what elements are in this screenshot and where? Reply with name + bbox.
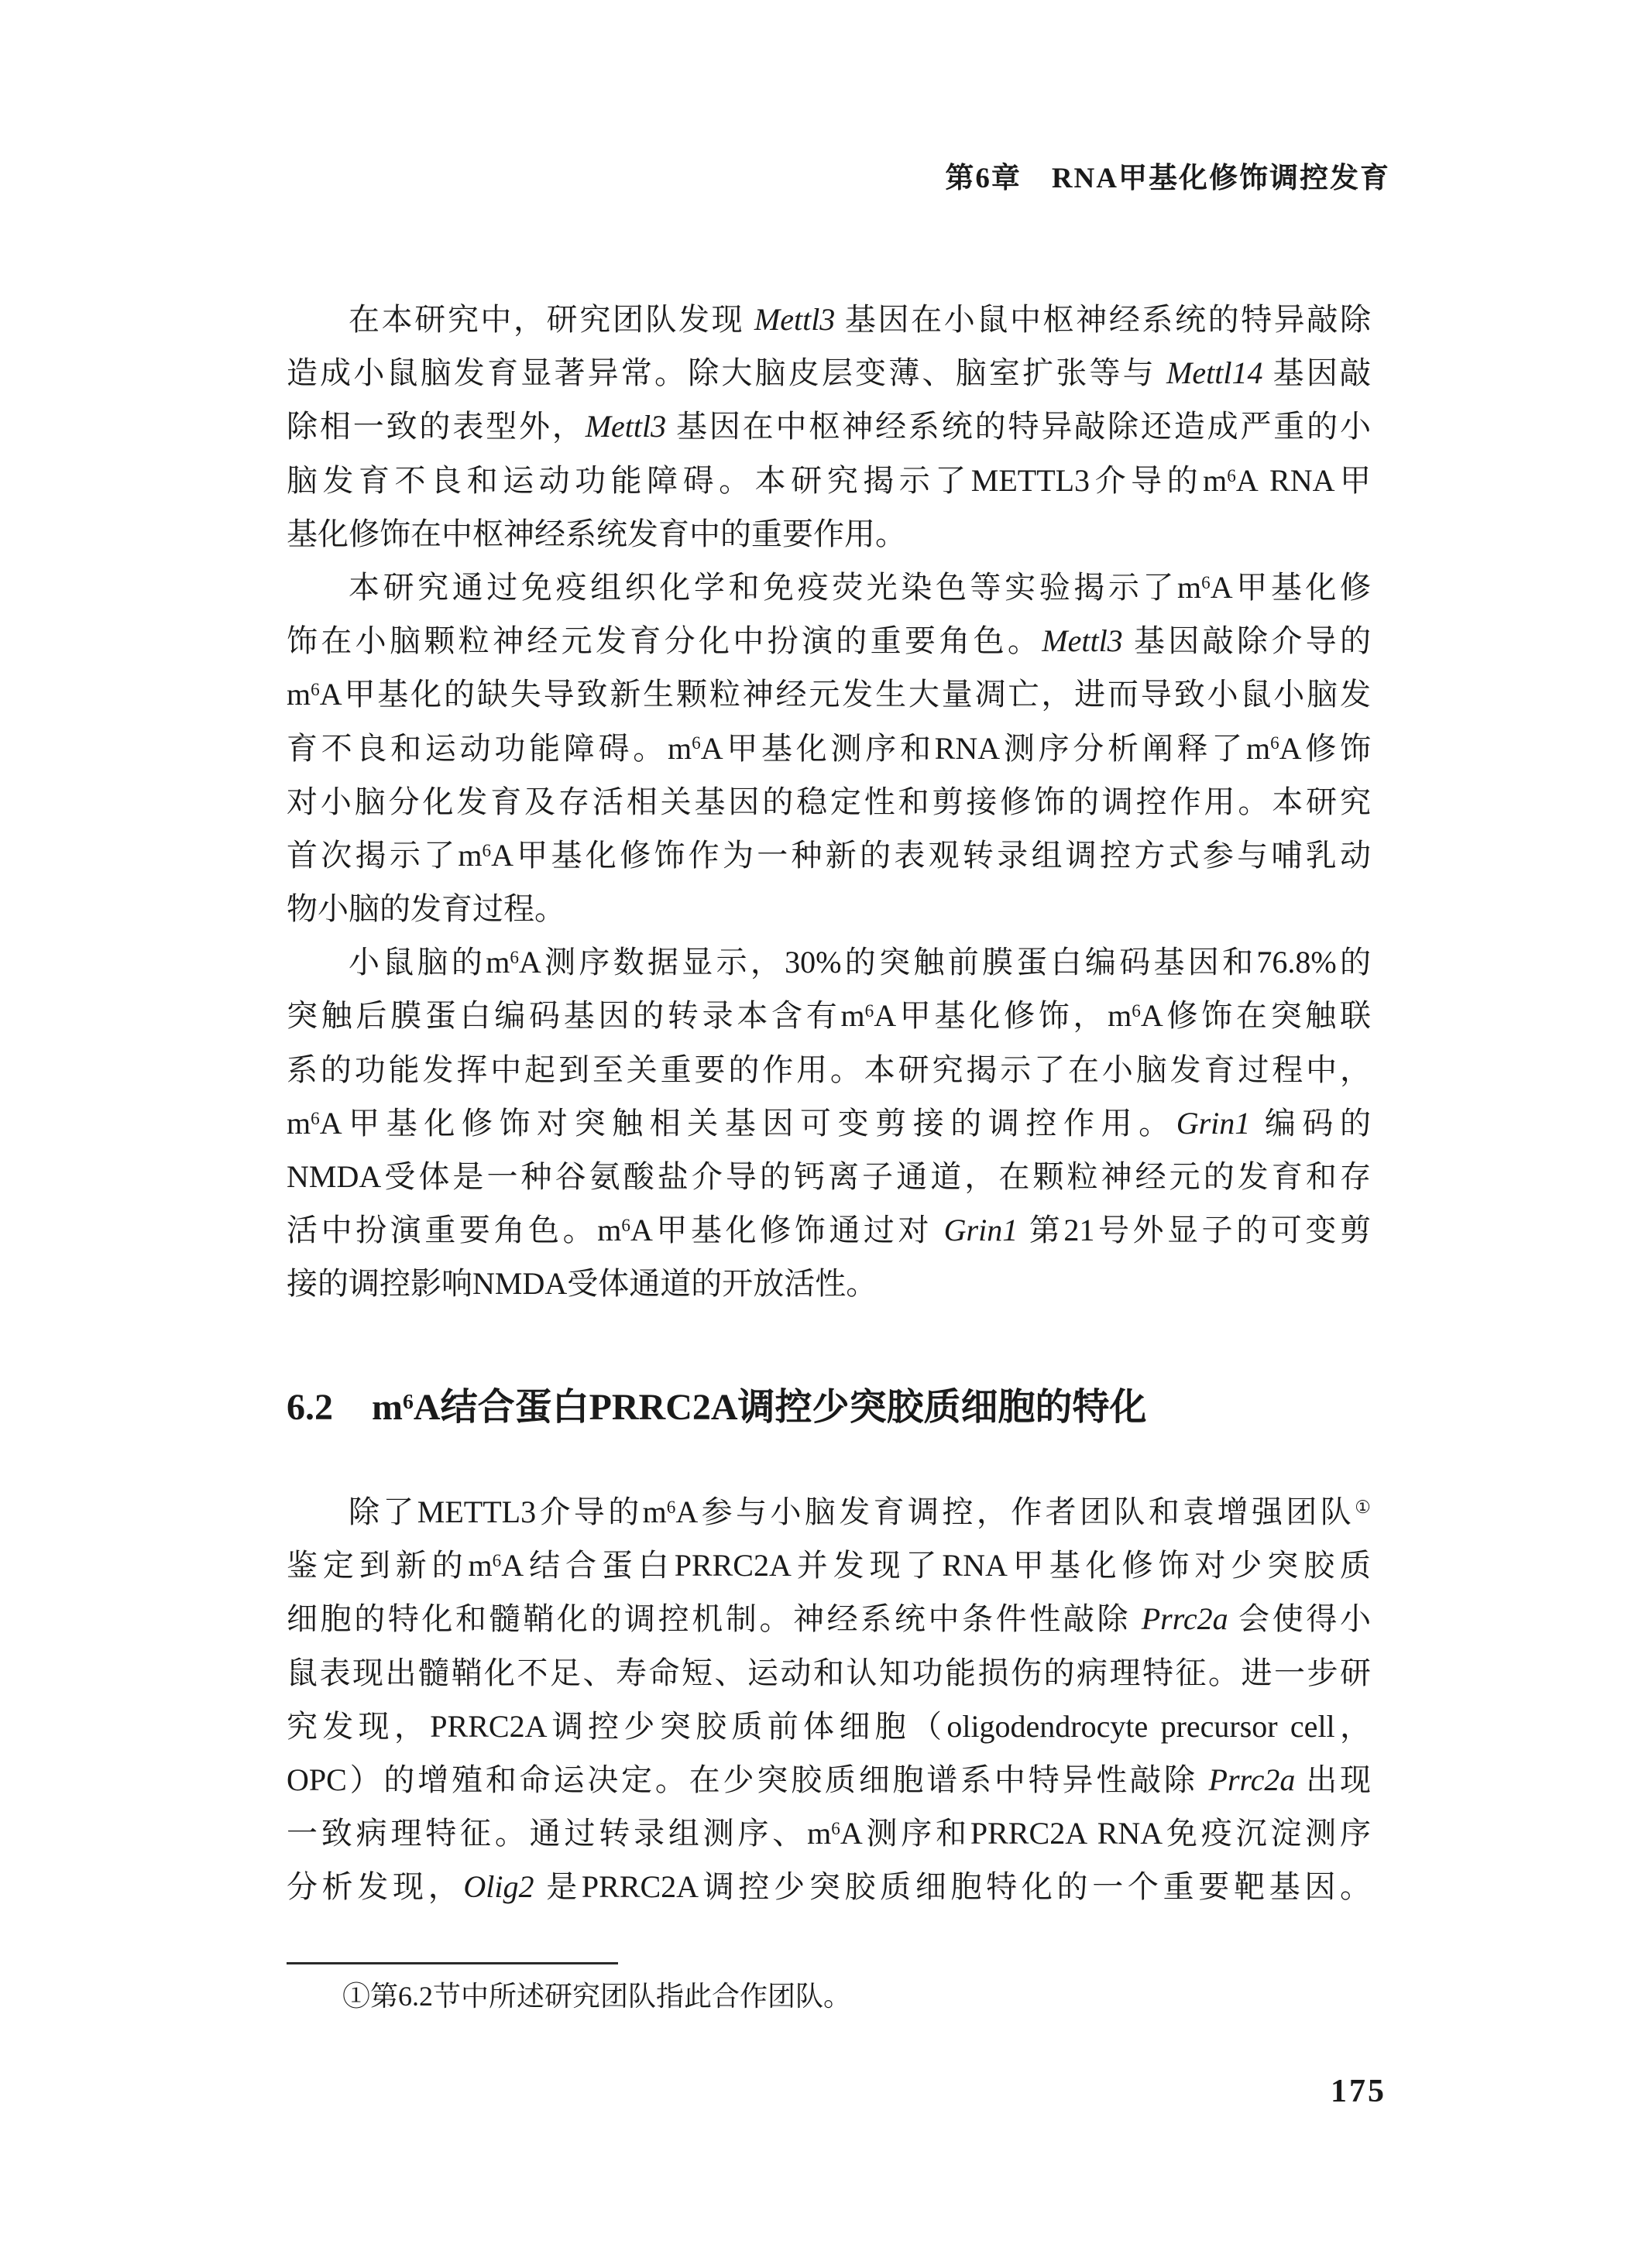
text-line: 究发现，PRRC2A调控少突胶质前体细胞（oligodendrocyte pre… (287, 1700, 1371, 1753)
text-line: 除了METTL3介导的m6A参与小脑发育调控，作者团队和袁增强团队① (287, 1485, 1371, 1539)
text-line: 对小脑分化发育及存活相关基因的稳定性和剪接修饰的调控作用。本研究 (287, 775, 1371, 829)
text-line: 细胞的特化和髓鞘化的调控机制。神经系统中条件性敲除 Prrc2a 会使得小 (287, 1592, 1371, 1645)
text-line: 饰在小脑颗粒神经元发育分化中扮演的重要角色。Mettl3 基因敲除介导的 (287, 614, 1371, 667)
text-line: m6A甲基化的缺失导致新生颗粒神经元发生大量凋亡，进而导致小鼠小脑发 (287, 667, 1371, 721)
page-number: 175 (1331, 2072, 1386, 2111)
text-line: 育不良和运动功能障碍。m6A甲基化测序和RNA测序分析阐释了m6A修饰 (287, 722, 1371, 775)
text-line: OPC）的增殖和命运决定。在少突胶质细胞谱系中特异性敲除 Prrc2a 出现 (287, 1753, 1371, 1807)
text-line: 造成小鼠脑发育显著异常。除大脑皮层变薄、脑室扩张等与 Mettl14 基因敲 (287, 346, 1371, 400)
text-line: 脑发育不良和运动功能障碍。本研究揭示了METTL3介导的m6A RNA甲 (287, 454, 1371, 507)
text-line: NMDA受体是一种谷氨酸盐介导的钙离子通道，在颗粒神经元的发育和存 (287, 1150, 1371, 1203)
text-line: 活中扮演重要角色。m6A甲基化修饰通过对 Grin1 第21号外显子的可变剪 (287, 1203, 1371, 1257)
text-line: 物小脑的发育过程。 (287, 882, 1371, 935)
text-line: 除相一致的表型外，Mettl3 基因在中枢神经系统的特异敲除还造成严重的小 (287, 400, 1371, 453)
text-line: 首次揭示了m6A甲基化修饰作为一种新的表观转录组调控方式参与哺乳动 (287, 829, 1371, 882)
text-line: m6A甲基化修饰对突触相关基因可变剪接的调控作用。Grin1 编码的 (287, 1096, 1371, 1150)
running-header: 第6章 RNA甲基化修饰调控发育 (287, 161, 1390, 197)
text-line: 在本研究中，研究团队发现 Mettl3 基因在小鼠中枢神经系统的特异敲除 (287, 293, 1371, 346)
section-heading: 6.2m6A结合蛋白PRRC2A调控少突胶质细胞的特化 (287, 1383, 1371, 1433)
text-line: 接的调控影响NMDA受体通道的开放活性。 (287, 1257, 1371, 1310)
text-line: 本研究通过免疫组织化学和免疫荧光染色等实验揭示了m6A甲基化修 (287, 561, 1371, 614)
text-line: 小鼠脑的m6A测序数据显示，30%的突触前膜蛋白编码基因和76.8%的 (287, 935, 1371, 989)
text-line: 系的功能发挥中起到至关重要的作用。本研究揭示了在小脑发育过程中， (287, 1043, 1371, 1096)
footnote: ①第6.2节中所述研究团队指此合作团队。 (287, 1976, 1371, 2016)
section-title: m6A结合蛋白PRRC2A调控少突胶质细胞的特化 (372, 1387, 1147, 1428)
text-line: 分析发现，Olig2 是PRRC2A调控少突胶质细胞特化的一个重要靶基因。 (287, 1860, 1371, 1913)
text-line: 一致病理特征。通过转录组测序、m6A测序和PRRC2A RNA免疫沉淀测序 (287, 1807, 1371, 1860)
text-line: 鼠表现出髓鞘化不足、寿命短、运动和认知功能损伤的病理特征。进一步研 (287, 1646, 1371, 1700)
body-text-lower: 除了METTL3介导的m6A参与小脑发育调控，作者团队和袁增强团队①鉴定到新的m… (287, 1485, 1371, 1914)
body-text-upper: 在本研究中，研究团队发现 Mettl3 基因在小鼠中枢神经系统的特异敲除造成小鼠… (287, 293, 1371, 1311)
footnote-divider (287, 1962, 618, 1964)
text-line: 基化修饰在中枢神经系统发育中的重要作用。 (287, 507, 1371, 561)
text-line: 突触后膜蛋白编码基因的转录本含有m6A甲基化修饰，m6A修饰在突触联 (287, 989, 1371, 1042)
book-page: 第6章 RNA甲基化修饰调控发育 在本研究中，研究团队发现 Mettl3 基因在… (0, 0, 1628, 2268)
section-number: 6.2 (287, 1387, 333, 1428)
text-line: 鉴定到新的m6A结合蛋白PRRC2A并发现了RNA甲基化修饰对少突胶质 (287, 1539, 1371, 1592)
